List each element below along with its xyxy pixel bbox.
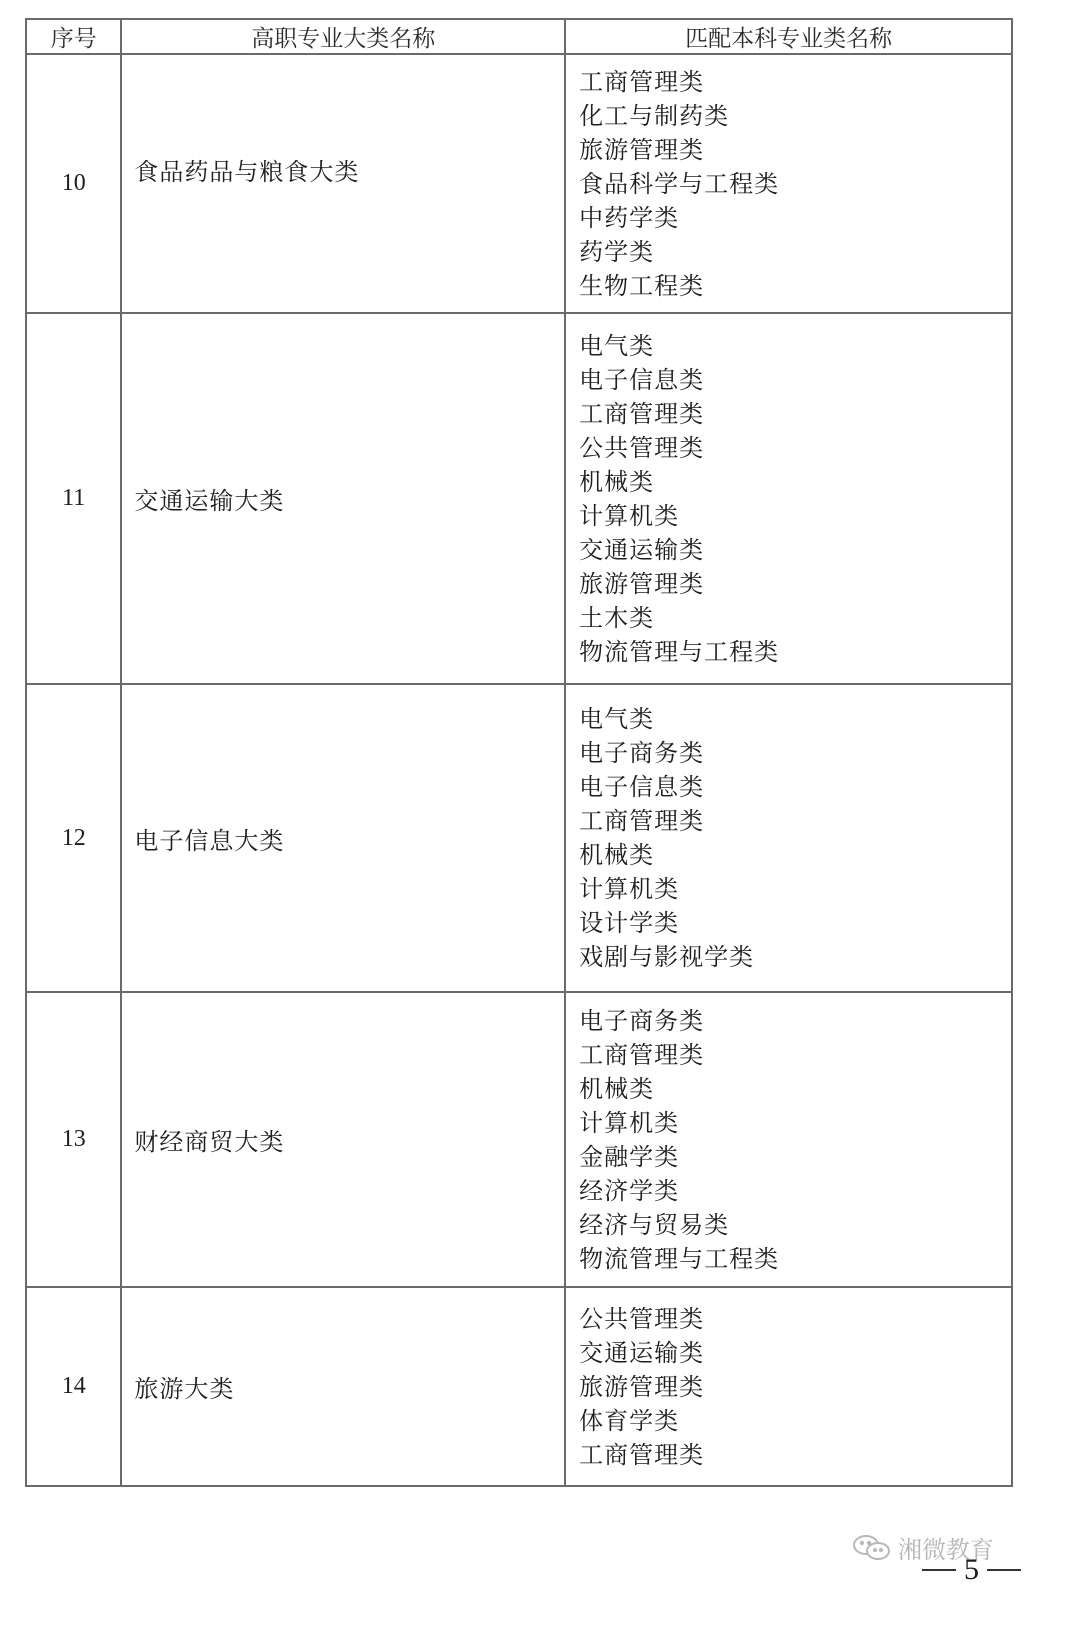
matched-category-item: 工商管理类 xyxy=(579,1038,1011,1072)
matched-category-item: 机械类 xyxy=(579,838,1011,872)
matched-category-item: 电子商务类 xyxy=(579,1004,1011,1038)
matched-list: 电子商务类工商管理类机械类计算机类金融学类经济学类经济与贸易类物流管理与工程类 xyxy=(579,1004,1011,1276)
matched-category-item: 经济与贸易类 xyxy=(579,1208,1011,1242)
serial-number: 10 xyxy=(26,54,121,313)
vocational-category: 财经商贸大类 xyxy=(121,992,565,1287)
serial-number: 11 xyxy=(26,313,121,684)
matched-list: 公共管理类交通运输类旅游管理类体育学类工商管理类 xyxy=(579,1302,1011,1472)
matched-category-item: 生物工程类 xyxy=(579,269,1011,303)
matched-category-item: 电子信息类 xyxy=(579,363,1011,397)
vocational-category: 旅游大类 xyxy=(121,1287,565,1486)
table-row: 14 旅游大类 公共管理类交通运输类旅游管理类体育学类工商管理类 xyxy=(26,1287,1012,1486)
table-row: 10 食品药品与粮食大类 工商管理类化工与制药类旅游管理类食品科学与工程类中药学… xyxy=(26,54,1012,313)
matched-category-item: 机械类 xyxy=(579,1072,1011,1106)
page-number: 5 xyxy=(922,1553,1021,1587)
matched-category-item: 工商管理类 xyxy=(579,397,1011,431)
matched-category-item: 旅游管理类 xyxy=(579,133,1011,167)
header-serial-number: 序号 xyxy=(26,19,121,54)
vocational-category: 交通运输大类 xyxy=(121,313,565,684)
matched-categories: 电气类电子商务类电子信息类工商管理类机械类计算机类设计学类戏剧与影视学类 xyxy=(565,684,1012,992)
matched-category-item: 戏剧与影视学类 xyxy=(579,940,1011,974)
matched-list: 工商管理类化工与制药类旅游管理类食品科学与工程类中药学类药学类生物工程类 xyxy=(579,65,1011,303)
matched-category-item: 旅游管理类 xyxy=(579,1370,1011,1404)
serial-number: 14 xyxy=(26,1287,121,1486)
table-header-row: 序号 高职专业大类名称 匹配本科专业类名称 xyxy=(26,19,1012,54)
table-row: 12 电子信息大类 电气类电子商务类电子信息类工商管理类机械类计算机类设计学类戏… xyxy=(26,684,1012,992)
matched-category-item: 工商管理类 xyxy=(579,65,1011,99)
matched-category-item: 电子商务类 xyxy=(579,736,1011,770)
matched-category-item: 工商管理类 xyxy=(579,804,1011,838)
matched-categories: 公共管理类交通运输类旅游管理类体育学类工商管理类 xyxy=(565,1287,1012,1486)
matched-category-item: 金融学类 xyxy=(579,1140,1011,1174)
matched-category-item: 交通运输类 xyxy=(579,1336,1011,1370)
matched-category-item: 电气类 xyxy=(579,329,1011,363)
matched-category-item: 食品科学与工程类 xyxy=(579,167,1011,201)
header-vocational-category: 高职专业大类名称 xyxy=(121,19,565,54)
matched-categories: 电子商务类工商管理类机械类计算机类金融学类经济学类经济与贸易类物流管理与工程类 xyxy=(565,992,1012,1287)
matched-category-item: 药学类 xyxy=(579,235,1011,269)
serial-number: 13 xyxy=(26,992,121,1287)
table-row: 11 交通运输大类 电气类电子信息类工商管理类公共管理类机械类计算机类交通运输类… xyxy=(26,313,1012,684)
matched-category-item: 土木类 xyxy=(579,601,1011,635)
header-matched-undergrad-category: 匹配本科专业类名称 xyxy=(565,19,1012,54)
matched-category-item: 公共管理类 xyxy=(579,431,1011,465)
matched-category-item: 设计学类 xyxy=(579,906,1011,940)
page-dash-right xyxy=(987,1569,1021,1571)
vocational-category: 食品药品与粮食大类 xyxy=(121,54,565,313)
table-body: 10 食品药品与粮食大类 工商管理类化工与制药类旅游管理类食品科学与工程类中药学… xyxy=(26,54,1012,1486)
matched-category-item: 电气类 xyxy=(579,702,1011,736)
page-number-value: 5 xyxy=(964,1553,979,1587)
matched-category-item: 物流管理与工程类 xyxy=(579,635,1011,669)
matched-category-item: 计算机类 xyxy=(579,1106,1011,1140)
matched-category-item: 旅游管理类 xyxy=(579,567,1011,601)
vocational-category: 电子信息大类 xyxy=(121,684,565,992)
matched-category-item: 机械类 xyxy=(579,465,1011,499)
matched-category-item: 交通运输类 xyxy=(579,533,1011,567)
matched-category-item: 计算机类 xyxy=(579,499,1011,533)
major-matching-table: 序号 高职专业大类名称 匹配本科专业类名称 10 食品药品与粮食大类 工商管理类… xyxy=(25,18,1013,1487)
matched-category-item: 化工与制药类 xyxy=(579,99,1011,133)
wechat-icon xyxy=(852,1533,892,1563)
table-row: 13 财经商贸大类 电子商务类工商管理类机械类计算机类金融学类经济学类经济与贸易… xyxy=(26,992,1012,1287)
matched-category-item: 工商管理类 xyxy=(579,1438,1011,1472)
matched-list: 电气类电子商务类电子信息类工商管理类机械类计算机类设计学类戏剧与影视学类 xyxy=(579,702,1011,974)
serial-number: 12 xyxy=(26,684,121,992)
matched-category-item: 计算机类 xyxy=(579,872,1011,906)
matched-list: 电气类电子信息类工商管理类公共管理类机械类计算机类交通运输类旅游管理类土木类物流… xyxy=(579,329,1011,669)
matched-category-item: 公共管理类 xyxy=(579,1302,1011,1336)
matched-categories: 电气类电子信息类工商管理类公共管理类机械类计算机类交通运输类旅游管理类土木类物流… xyxy=(565,313,1012,684)
matched-category-item: 经济学类 xyxy=(579,1174,1011,1208)
matched-categories: 工商管理类化工与制药类旅游管理类食品科学与工程类中药学类药学类生物工程类 xyxy=(565,54,1012,313)
matched-category-item: 中药学类 xyxy=(579,201,1011,235)
matched-category-item: 电子信息类 xyxy=(579,770,1011,804)
page-dash-left xyxy=(922,1569,956,1571)
matched-category-item: 物流管理与工程类 xyxy=(579,1242,1011,1276)
matched-category-item: 体育学类 xyxy=(579,1404,1011,1438)
